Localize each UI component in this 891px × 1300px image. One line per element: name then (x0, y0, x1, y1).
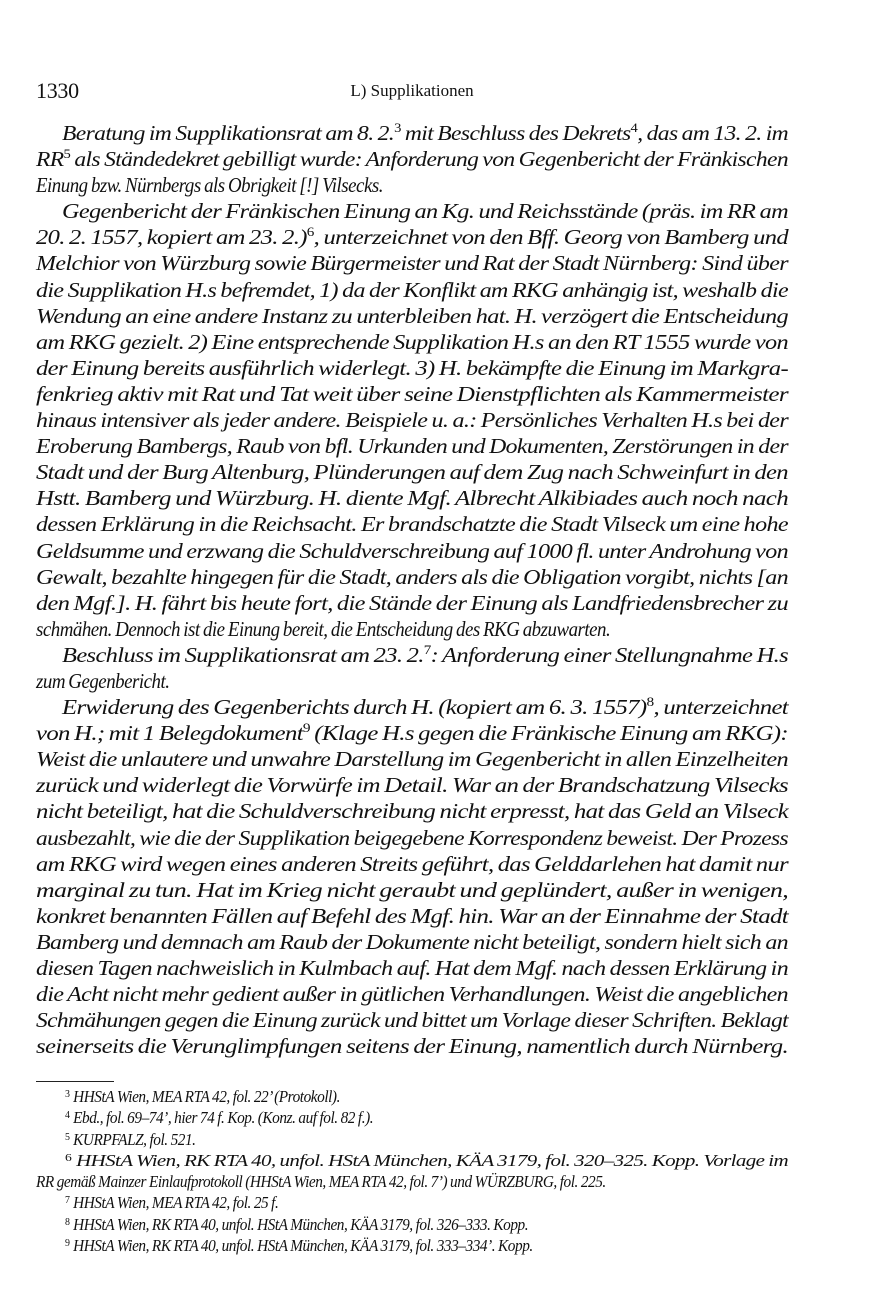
text-line: am RKG gezielt. 2) Eine entsprechende Su… (36, 329, 788, 355)
text-line: die Acht nicht mehr gedient außer in güt… (36, 981, 788, 1007)
text-run: dessen Erklärung in die Reichsacht. Er b… (36, 512, 788, 536)
text-run: Wendung an eine andere Instanz zu unterb… (36, 304, 788, 328)
footnote-number: 5 (65, 1131, 70, 1143)
footnote-line: 7HHStA Wien, MEA RTA 42, fol. 25 f. (36, 1192, 788, 1213)
text-run: , das am 13. 2. im (637, 121, 788, 145)
footnote-reference[interactable]: 9 (303, 720, 310, 735)
text-run: hinaus intensiver als jeder andere. Beis… (36, 408, 788, 432)
footnote-reference[interactable]: 5 (64, 146, 71, 161)
text-run: marginal zu tun. Hat im Krieg nicht gera… (36, 878, 788, 902)
text-line: konkret benannten Fällen auf Befehl des … (36, 903, 788, 929)
text-run: Eroberung Bambergs, Raub von bfl. Urkund… (36, 434, 788, 458)
text-line: RR5 als Ständedekret gebilligt wurde: An… (36, 146, 788, 172)
footnote-line: 5KURPFALZ, fol. 521. (36, 1129, 788, 1150)
text-run: RR (36, 147, 64, 171)
text-line: schmähen. Dennoch ist die Einung bereit,… (36, 616, 788, 642)
text-run: schmähen. Dennoch ist die Einung bereit,… (36, 617, 610, 641)
text-line: Geldsumme und erzwang die Schuldverschre… (36, 538, 788, 564)
text-run: Weist die unlautere und unwahre Darstell… (36, 747, 788, 771)
text-run: Melchior von Würzburg sowie Bürgermeiste… (36, 251, 788, 275)
text-line: Beschluss im Supplikationsrat am 23. 2.7… (36, 642, 788, 668)
footnote-text: HHStA Wien, RK RTA 40, unfol. HStA Münch… (76, 1151, 788, 1170)
footnote-line: 8HHStA Wien, RK RTA 40, unfol. HStA Münc… (36, 1214, 788, 1235)
footnote-number: 3 (65, 1088, 70, 1100)
text-run: : Anforderung einer Stellungnahme H.s (431, 643, 788, 667)
text-run: Bamberg und demnach am Raub der Dokument… (36, 930, 788, 954)
text-line: Gegenbericht der Fränkischen Einung an K… (36, 198, 788, 224)
text-line: zum Gegenbericht. (36, 668, 788, 694)
text-line: von H.; mit 1 Belegdokument9 (Klage H.s … (36, 720, 788, 746)
text-line: den Mgf.]. H. fährt bis heute fort, die … (36, 590, 788, 616)
footnote-text: KURPFALZ, fol. 521. (73, 1130, 195, 1149)
text-line: Gewalt, bezahlte hingegen für die Stadt,… (36, 564, 788, 590)
text-run: Schmähungen gegen die Einung zurück und … (36, 1008, 788, 1032)
footnote-number: 8 (65, 1216, 70, 1228)
text-line: Schmähungen gegen die Einung zurück und … (36, 1007, 788, 1033)
text-line: fenkrieg aktiv mit Rat und Tat weit über… (36, 381, 788, 407)
text-line: Einung bzw. Nürnbergs als Obrigkeit [!] … (36, 172, 788, 198)
footnote-text: Ebd., fol. 69–74’, hier 74 f. Kop. (Konz… (73, 1108, 373, 1127)
footnote-reference[interactable]: 4 (631, 120, 638, 135)
text-line: Eroberung Bambergs, Raub von bfl. Urkund… (36, 433, 788, 459)
text-run: nicht beteiligt, hat die Schuldverschrei… (36, 799, 788, 823)
text-line: 20. 2. 1557, kopiert am 23. 2.)6, unterz… (36, 224, 788, 250)
text-run: Hstt. Bamberg und Würzburg. H. diente Mg… (36, 486, 788, 510)
footnote-text: HHStA Wien, MEA RTA 42, fol. 22’ (Protok… (73, 1087, 340, 1106)
text-run: Gegenbericht der Fränkischen Einung an K… (62, 199, 788, 223)
footnote-separator (36, 1081, 114, 1082)
text-run: 20. 2. 1557, kopiert am 23. 2.) (36, 225, 307, 249)
footnote-reference[interactable]: 6 (307, 224, 314, 239)
text-run: der Einung bereits ausführlich widerlegt… (36, 356, 788, 380)
text-line: Stadt und der Burg Altenburg, Plünderung… (36, 459, 788, 485)
text-run: Beratung im Supplikationsrat am 8. 2. (62, 121, 394, 145)
text-line: hinaus intensiver als jeder andere. Beis… (36, 407, 788, 433)
text-run: die Supplikation H.s befremdet, 1) da de… (36, 278, 788, 302)
text-line: marginal zu tun. Hat im Krieg nicht gera… (36, 877, 788, 903)
text-run: den Mgf.]. H. fährt bis heute fort, die … (36, 591, 788, 615)
text-run: von H.; mit 1 Belegdokument (36, 721, 303, 745)
text-run: als Ständedekret gebilligt wurde: Anford… (70, 147, 788, 171)
text-run: (Klage H.s gegen die Fränkische Einung a… (310, 721, 788, 745)
footnote-line: RR gemäß Mainzer Einlaufprotokoll (HHStA… (36, 1171, 788, 1192)
footnotes: 3HHStA Wien, MEA RTA 42, fol. 22’ (Proto… (36, 1086, 788, 1256)
text-line: zurück und widerlegt die Vorwürfe im Det… (36, 772, 788, 798)
text-run: die Acht nicht mehr gedient außer in güt… (36, 982, 788, 1006)
text-run: mit Beschluss des Dekrets (401, 121, 631, 145)
text-run: Beschluss im Supplikationsrat am 23. 2. (62, 643, 424, 667)
text-line: Wendung an eine andere Instanz zu unterb… (36, 303, 788, 329)
text-run: ausbezahlt, wie die der Supplikation bei… (36, 826, 788, 850)
body-text: Beratung im Supplikationsrat am 8. 2.3 m… (36, 120, 788, 1059)
footnote-number: 7 (65, 1194, 70, 1206)
text-run: , unterzeichnet von den Bff. Georg von B… (314, 225, 788, 249)
footnote-number: 6 (65, 1152, 71, 1164)
text-line: dessen Erklärung in die Reichsacht. Er b… (36, 511, 788, 537)
text-run: seinerseits die Verunglimpfungen seitens… (36, 1034, 788, 1058)
footnote-text: HHStA Wien, MEA RTA 42, fol. 25 f. (73, 1193, 278, 1212)
footnote-text: HHStA Wien, RK RTA 40, unfol. HStA Münch… (73, 1236, 533, 1255)
text-line: seinerseits die Verunglimpfungen seitens… (36, 1033, 788, 1059)
footnote-text: RR gemäß Mainzer Einlaufprotokoll (HHStA… (36, 1172, 606, 1191)
text-run: zurück und widerlegt die Vorwürfe im Det… (36, 773, 788, 797)
footnote-reference[interactable]: 8 (646, 694, 653, 709)
text-line: Hstt. Bamberg und Würzburg. H. diente Mg… (36, 485, 788, 511)
footnote-text: HHStA Wien, RK RTA 40, unfol. HStA Münch… (73, 1215, 528, 1234)
footnote-line: 6HHStA Wien, RK RTA 40, unfol. HStA Münc… (36, 1150, 788, 1171)
text-line: der Einung bereits ausführlich widerlegt… (36, 355, 788, 381)
running-head: 1330 L) Supplikationen (36, 78, 788, 106)
text-run: Erwiderung des Gegenberichts durch H. (k… (62, 695, 646, 719)
text-line: diesen Tagen nachweislich in Kulmbach au… (36, 955, 788, 981)
text-line: nicht beteiligt, hat die Schuldverschrei… (36, 798, 788, 824)
text-line: ausbezahlt, wie die der Supplikation bei… (36, 825, 788, 851)
text-run: konkret benannten Fällen auf Befehl des … (36, 904, 788, 928)
footnote-line: 9HHStA Wien, RK RTA 40, unfol. HStA Münc… (36, 1235, 788, 1256)
text-run: fenkrieg aktiv mit Rat und Tat weit über… (36, 382, 788, 406)
text-line: Erwiderung des Gegenberichts durch H. (k… (36, 694, 788, 720)
text-line: Bamberg und demnach am Raub der Dokument… (36, 929, 788, 955)
footnote-number: 9 (65, 1237, 70, 1249)
section-title: L) Supplikationen (36, 81, 788, 101)
text-run: Einung bzw. Nürnbergs als Obrigkeit [!] … (36, 173, 383, 197)
text-run: am RKG wird wegen eines anderen Streits … (36, 852, 788, 876)
text-run: , unterzeichnet (653, 695, 788, 719)
text-run: Stadt und der Burg Altenburg, Plünderung… (36, 460, 788, 484)
text-run: Geldsumme und erzwang die Schuldverschre… (36, 539, 788, 563)
text-run: zum Gegenbericht. (36, 669, 169, 693)
text-run: Gewalt, bezahlte hingegen für die Stadt,… (36, 565, 788, 589)
text-line: Beratung im Supplikationsrat am 8. 2.3 m… (36, 120, 788, 146)
text-run: am RKG gezielt. 2) Eine entsprechende Su… (36, 330, 788, 354)
text-line: Weist die unlautere und unwahre Darstell… (36, 746, 788, 772)
text-run: diesen Tagen nachweislich in Kulmbach au… (36, 956, 788, 980)
text-line: Melchior von Würzburg sowie Bürgermeiste… (36, 250, 788, 276)
footnote-number: 4 (65, 1109, 70, 1121)
text-line: die Supplikation H.s befremdet, 1) da de… (36, 277, 788, 303)
footnote-line: 4Ebd., fol. 69–74’, hier 74 f. Kop. (Kon… (36, 1107, 788, 1128)
footnote-line: 3HHStA Wien, MEA RTA 42, fol. 22’ (Proto… (36, 1086, 788, 1107)
text-line: am RKG wird wegen eines anderen Streits … (36, 851, 788, 877)
